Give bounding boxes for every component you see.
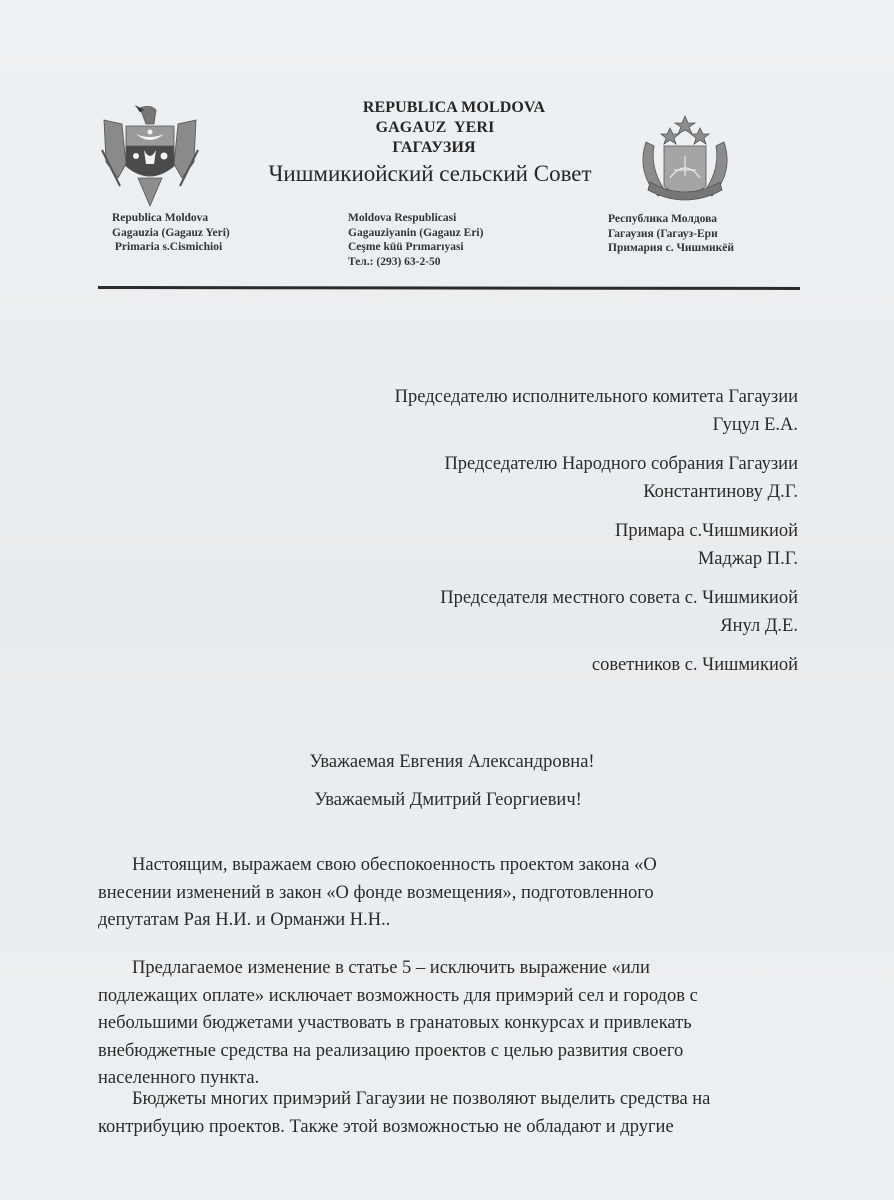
- recipient-title: Председателю исполнительного комитета Га…: [395, 383, 798, 411]
- phone-line: Тел.: (293) 63-2-50: [348, 255, 483, 270]
- address-line: Гагаузия (Гагауз-Ери: [608, 227, 734, 242]
- recipient: Председателю исполнительного комитета Га…: [395, 383, 798, 439]
- gagauzia-coat-of-arms-icon: [636, 112, 734, 212]
- moldova-coat-of-arms-icon: [96, 102, 204, 208]
- body-paragraph: Настоящим, выражаем свою обеспокоенность…: [98, 852, 798, 935]
- letterhead-line-3: ГАГАУЗИЯ: [238, 138, 630, 158]
- salutation-line: Уважаемый Дмитрий Георгиевич!: [0, 781, 894, 819]
- letter-page: REPUBLICA MOLDOVA GAGAUZ YERI ГАГАУЗИЯ Ч…: [0, 0, 894, 1200]
- address-line: Gagauzia (Gagauz Yeri): [112, 226, 230, 241]
- salutation-line: Уважаемая Евгения Александровна!: [0, 743, 894, 781]
- recipient: советников с. Чишмикиой: [395, 651, 798, 679]
- recipient-title: советников с. Чишмикиой: [395, 651, 798, 679]
- address-line: Primaria s.Cismichioi: [112, 240, 230, 255]
- address-line: Примария с. Чишмикёй: [608, 241, 734, 256]
- text-line: Настоящим, выражаем свою обеспокоенность…: [98, 852, 798, 880]
- address-line: Gagauziyanin (Gagauz Eri): [348, 226, 483, 241]
- text-line: депутатам Рая Н.И. и Орманжи Н.Н..: [98, 907, 798, 935]
- text-line: небольшими бюджетами участвовать в грана…: [98, 1010, 798, 1038]
- letterhead-line-2: GAGAUZ YERI: [240, 118, 630, 138]
- address-line: Республика Молдова: [608, 212, 734, 227]
- recipient: Председателю Народного собрания Гагаузии…: [395, 450, 798, 506]
- address-line: Moldova Respublicasi: [348, 211, 483, 226]
- recipients-block: Председателю исполнительного комитета Га…: [395, 383, 798, 690]
- recipient-title: Председателю Народного собрания Гагаузии: [395, 450, 798, 478]
- recipient: Примара с.Чишмикиой Маджар П.Г.: [395, 517, 798, 573]
- text-line: внесении изменений в закон «О фонде возм…: [98, 880, 798, 908]
- council-name: Чишмикиойский сельский Совет: [230, 160, 630, 188]
- body-paragraph: Предлагаемое изменение в статье 5 – искл…: [98, 955, 798, 1093]
- recipient-name: Маджар П.Г.: [395, 545, 798, 573]
- address-block-gagauz: Moldova Respublicasi Gagauziyanin (Gagau…: [348, 211, 483, 269]
- address-block-romanian: Republica Moldova Gagauzia (Gagauz Yeri)…: [112, 211, 230, 255]
- letterhead-line-1: REPUBLICA MOLDOVA: [278, 98, 630, 118]
- letterhead-divider: [98, 286, 800, 290]
- recipient: Председателя местного совета с. Чишмикио…: [395, 584, 798, 640]
- text-line: контрибуцию проектов. Также этой возможн…: [98, 1114, 798, 1142]
- salutation: Уважаемая Евгения Александровна! Уважаем…: [0, 743, 894, 819]
- recipient-title: Примара с.Чишмикиой: [395, 517, 798, 545]
- address-line: Ceşme küü Prımarıyasi: [348, 240, 483, 255]
- recipient-name: Гуцул Е.А.: [395, 411, 798, 439]
- recipient-name: Янул Д.Е.: [395, 612, 798, 640]
- text-line: внебюджетные средства на реализацию прое…: [98, 1038, 798, 1066]
- text-line: подлежащих оплате» исключает возможность…: [98, 983, 798, 1011]
- recipient-title: Председателя местного совета с. Чишмикио…: [395, 584, 798, 612]
- text-line: Предлагаемое изменение в статье 5 – искл…: [98, 955, 798, 983]
- address-block-russian: Республика Молдова Гагаузия (Гагауз-Ери …: [608, 212, 734, 256]
- letterhead-title: REPUBLICA MOLDOVA GAGAUZ YERI ГАГАУЗИЯ Ч…: [230, 98, 630, 188]
- body-paragraph: Бюджеты многих примэрий Гагаузии не позв…: [98, 1086, 798, 1141]
- recipient-name: Константинову Д.Г.: [395, 478, 798, 506]
- text-line: Бюджеты многих примэрий Гагаузии не позв…: [98, 1086, 798, 1114]
- address-line: Republica Moldova: [112, 211, 230, 226]
